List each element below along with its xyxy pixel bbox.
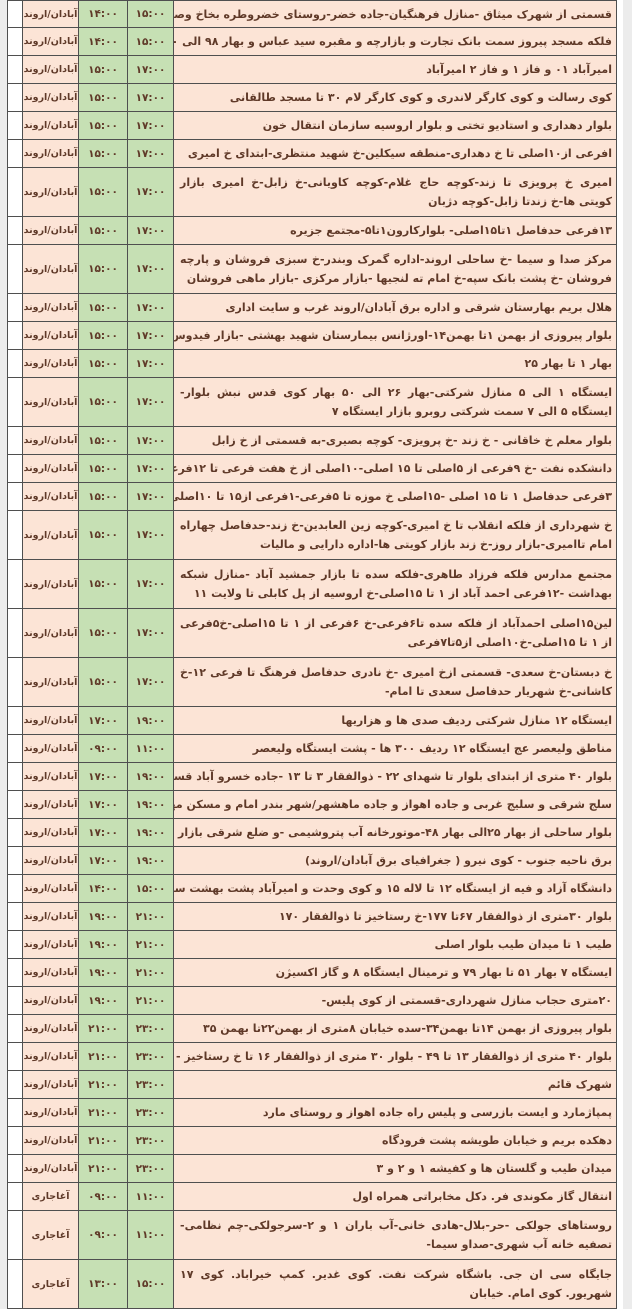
- left-spacer-cell: [7, 483, 22, 511]
- start-time-cell-text: ۱۷:۰۰: [88, 771, 118, 783]
- left-spacer-cell: [7, 0, 22, 28]
- end-time-cell-text: ۱۷:۰۰: [136, 463, 166, 475]
- start-time-cell: ۱۵:۰۰: [78, 140, 127, 168]
- outage-row: بلوار ۳۰متری از ذوالفقار ۶۷تا ۱۷۷-خ رستا…: [7, 903, 623, 931]
- address-cell-text: مجتمع مدارس فلکه فرزاد طاهری-فلکه سده تا…: [180, 565, 612, 603]
- start-time-cell: ۱۴:۰۰: [78, 875, 127, 903]
- address-cell-text: مرکز صدا و سیما -خ ساحلی اروند-اداره گمر…: [180, 250, 612, 288]
- region-cell: آبادان/اروند: [22, 931, 78, 959]
- outage-row: دهکده بریم و خیابان طویشه پشت فرودگاه۲۳:…: [7, 1127, 623, 1155]
- end-time-cell-text: ۲۳:۰۰: [136, 1051, 166, 1063]
- outage-row: کوی رسالت و کوی کارگر لاندری و کوی کارگر…: [7, 84, 623, 112]
- edge-spacer-cell: [617, 1071, 623, 1099]
- address-cell-text: خ دبستان-خ سعدی- قسمتی ازخ امیری -خ نادر…: [180, 663, 612, 701]
- outage-row: برق ناحیه جنوب - کوی نیرو ( جغرافیای برق…: [7, 847, 623, 875]
- end-time-cell-text: ۱۱:۰۰: [136, 743, 166, 755]
- edge-spacer-cell: [617, 987, 623, 1015]
- region-cell-text: آبادان/اروند: [24, 397, 78, 408]
- region-cell-text: آبادان/اروند: [24, 1051, 78, 1062]
- address-cell: بلوار ۴۰ متری از ذوالفقار ۱۳ تا ۴۹ - بلو…: [173, 1043, 617, 1071]
- end-time-cell: ۲۳:۰۰: [127, 1127, 173, 1155]
- end-time-cell: ۲۱:۰۰: [127, 931, 173, 959]
- address-cell-text: افرعی از۱۰اصلی تا خ دهداری-منطقه سیکلین-…: [180, 144, 612, 163]
- address-cell-text: بلوار ساحلی از بهار ۲۵الی بهار ۴۸-موتورخ…: [180, 823, 612, 842]
- end-time-cell: ۱۹:۰۰: [127, 707, 173, 735]
- region-cell-text: آبادان/اروند: [24, 1135, 78, 1146]
- left-spacer-cell: [7, 875, 22, 903]
- region-cell-text: آبادان/اروند: [24, 330, 78, 341]
- end-time-cell: ۱۵:۰۰: [127, 28, 173, 56]
- start-time-cell-text: ۲۱:۰۰: [88, 1163, 118, 1175]
- start-time-cell-text: ۱۵:۰۰: [88, 491, 118, 503]
- outage-row: دانشکده نفت -خ ۹فرعی از ۵اصلی تا ۱۵ اصلی…: [7, 455, 623, 483]
- region-cell-text: آبادان/اروند: [24, 264, 78, 275]
- start-time-cell: ۱۵:۰۰: [78, 56, 127, 84]
- region-cell: آغاجاری: [22, 1211, 78, 1260]
- address-cell: سلج شرقی و سلیج غربی و جاده اهواز و جاده…: [173, 791, 617, 819]
- end-time-cell-text: ۱۷:۰۰: [136, 676, 166, 688]
- address-cell-text: پمپاژمارد و ایست بازرسی و پلیس راه جاده …: [180, 1103, 612, 1122]
- left-spacer-cell: [7, 378, 22, 427]
- address-cell: ایستگاه ۷ بهار ۵۱ تا بهار ۷۹ و ترمینال ا…: [173, 959, 617, 987]
- start-time-cell-text: ۱۵:۰۰: [88, 186, 118, 198]
- end-time-cell: ۲۳:۰۰: [127, 1155, 173, 1183]
- start-time-cell: ۱۵:۰۰: [78, 483, 127, 511]
- end-time-cell-text: ۱۹:۰۰: [136, 715, 166, 727]
- address-cell-text: لین۱۵اصلی احمدآباد از فلکه سده تا۶فرعی-خ…: [180, 614, 612, 652]
- address-cell-text: شهرک قائم: [180, 1075, 612, 1094]
- end-time-cell-text: ۱۷:۰۰: [136, 64, 166, 76]
- end-time-cell-text: ۱۵:۰۰: [136, 36, 166, 48]
- edge-spacer-cell: [617, 483, 623, 511]
- edge-spacer-cell: [617, 1260, 623, 1280]
- left-spacer-cell: [7, 1260, 22, 1280]
- edge-spacer-cell: [617, 294, 623, 322]
- edge-spacer-cell: [617, 1211, 623, 1260]
- start-time-cell-text: ۱۵:۰۰: [88, 263, 118, 275]
- address-cell: امیرآباد ۰۱ و فاز ۱ و فاز ۲ امیرآباد: [173, 56, 617, 84]
- address-cell-text: برق ناحیه جنوب - کوی نیرو ( جغرافیای برق…: [180, 851, 612, 870]
- outage-row: شهرک قائم۲۳:۰۰۲۱:۰۰آبادان/اروند: [7, 1071, 623, 1099]
- end-time-cell: ۱۹:۰۰: [127, 819, 173, 847]
- end-time-cell-text: ۲۳:۰۰: [136, 1023, 166, 1035]
- edge-spacer-cell: [617, 609, 623, 658]
- address-cell: پمپاژمارد و ایست بازرسی و پلیس راه جاده …: [173, 1099, 617, 1127]
- region-cell: آبادان/اروند: [22, 322, 78, 350]
- start-time-cell-text: ۱۵:۰۰: [88, 302, 118, 314]
- start-time-cell: ۱۵:۰۰: [78, 560, 127, 609]
- end-time-cell-text: ۲۱:۰۰: [136, 995, 166, 1007]
- left-spacer-cell: [7, 791, 22, 819]
- end-time-cell-text: ۱۹:۰۰: [136, 799, 166, 811]
- end-time-cell-text: ۲۳:۰۰: [136, 1135, 166, 1147]
- end-time-cell: ۲۳:۰۰: [127, 1071, 173, 1099]
- start-time-cell-text: ۱۵:۰۰: [88, 148, 118, 160]
- region-cell-text: آبادان/اروند: [24, 883, 78, 894]
- address-cell-text: دانشکده نفت -خ ۹فرعی از ۵اصلی تا ۱۵ اصلی…: [180, 459, 612, 478]
- edge-spacer-cell: [617, 140, 623, 168]
- address-cell: قسمتی از شهرک میثاق -منازل فرهنگیان-جاده…: [173, 0, 617, 28]
- start-time-cell-text: ۱۷:۰۰: [88, 799, 118, 811]
- address-cell-text: ۱۳فرعی حدفاصل ۱تا۱۵اصلی- بلوارکارون۱تا۵-…: [180, 221, 612, 240]
- region-cell: آبادان/اروند: [22, 1099, 78, 1127]
- edge-spacer-cell: [617, 903, 623, 931]
- address-cell-text: امیرآباد ۰۱ و فاز ۱ و فاز ۲ امیرآباد: [180, 60, 612, 79]
- start-time-cell: ۰۹:۰۰: [78, 1211, 127, 1260]
- address-cell: خ دبستان-خ سعدی- قسمتی ازخ امیری -خ نادر…: [173, 658, 617, 707]
- edge-spacer-cell: [617, 427, 623, 455]
- edge-spacer-cell: [617, 735, 623, 763]
- left-spacer-cell: [7, 1155, 22, 1183]
- edge-spacer-cell: [617, 707, 623, 735]
- edge-spacer-cell: [617, 1099, 623, 1127]
- start-time-cell-text: ۱۵:۰۰: [88, 396, 118, 408]
- region-cell-text: آبادان/اروند: [24, 677, 78, 688]
- edge-spacer-cell: [617, 959, 623, 987]
- address-cell: شهرک قائم: [173, 1071, 617, 1099]
- left-spacer-cell: [7, 1183, 22, 1211]
- start-time-cell-text: ۲۱:۰۰: [88, 1079, 118, 1091]
- region-cell: آبادان/اروند: [22, 875, 78, 903]
- address-cell: بهار ۱ تا بهار ۲۵: [173, 350, 617, 378]
- address-cell-text: بلوار دهداری و استادیو تختی و بلوار اروس…: [180, 116, 612, 135]
- edge-spacer-cell: [617, 245, 623, 294]
- edge-spacer-cell: [617, 847, 623, 875]
- start-time-cell-text: ۱۵:۰۰: [88, 435, 118, 447]
- end-time-cell: ۱۷:۰۰: [127, 350, 173, 378]
- end-time-cell: ۱۷:۰۰: [127, 217, 173, 245]
- end-time-cell: ۲۱:۰۰: [127, 903, 173, 931]
- region-cell: آبادان/اروند: [22, 0, 78, 28]
- end-time-cell: ۲۱:۰۰: [127, 959, 173, 987]
- address-cell: هلال بریم بهارستان شرقی و اداره برق آباد…: [173, 294, 617, 322]
- region-cell-text: آبادان/اروند: [24, 120, 78, 131]
- start-time-cell-text: ۱۵:۰۰: [88, 676, 118, 688]
- left-spacer-cell: [7, 658, 22, 707]
- left-spacer-cell: [7, 1127, 22, 1155]
- address-cell-text: هلال بریم بهارستان شرقی و اداره برق آباد…: [180, 298, 612, 317]
- start-time-cell: ۱۵:۰۰: [78, 294, 127, 322]
- outage-row: روستاهای جولکی -حر-بلال-هادی خانی-آب بار…: [7, 1211, 623, 1260]
- address-cell: انتقال گاز مکوندی فر. دکل مخابراتی همراه…: [173, 1183, 617, 1211]
- end-time-cell: ۲۳:۰۰: [127, 1043, 173, 1071]
- address-cell-text: ۲۰متری حجاب منازل شهرداری-قسمتی از کوی پ…: [180, 991, 612, 1010]
- start-time-cell-text: ۱۵:۰۰: [88, 627, 118, 639]
- start-time-cell-text: ۱۵:۰۰: [88, 529, 118, 541]
- outage-row: بلوار دهداری و استادیو تختی و بلوار اروس…: [7, 112, 623, 140]
- left-spacer-cell: [7, 735, 22, 763]
- end-time-cell-text: ۱۷:۰۰: [136, 120, 166, 132]
- start-time-cell: ۲۱:۰۰: [78, 1127, 127, 1155]
- region-cell: آبادان/اروند: [22, 455, 78, 483]
- address-cell-text: دهکده بریم و خیابان طویشه پشت فرودگاه: [180, 1131, 612, 1150]
- start-time-cell: ۱۵:۰۰: [78, 350, 127, 378]
- address-cell: بلوار معلم خ خاقانی - خ زند -خ پرویزی- ک…: [173, 427, 617, 455]
- end-time-cell-text: ۱۱:۰۰: [136, 1229, 166, 1241]
- address-cell: افرعی از۱۰اصلی تا خ دهداری-منطقه سیکلین-…: [173, 140, 617, 168]
- outage-row: افرعی از۱۰اصلی تا خ دهداری-منطقه سیکلین-…: [7, 140, 623, 168]
- left-spacer-cell: [7, 168, 22, 217]
- outage-row: ۳فرعی حدفاصل ۱ تا ۱۵ اصلی -۱۵اصلی خ موزه…: [7, 483, 623, 511]
- edge-spacer-cell: [617, 1155, 623, 1183]
- end-time-cell: ۲۱:۰۰: [127, 987, 173, 1015]
- edge-spacer-cell: [617, 1015, 623, 1043]
- region-cell-text: آبادان/اروند: [24, 995, 78, 1006]
- end-time-cell-text: ۱۷:۰۰: [136, 263, 166, 275]
- address-cell-text: بلوار ۴۰ متری از ابتدای بلوار تا شهدای ۲…: [180, 767, 612, 786]
- start-time-cell-text: ۱۷:۰۰: [88, 827, 118, 839]
- region-cell: آبادان/اروند: [22, 1155, 78, 1183]
- end-time-cell-text: ۲۳:۰۰: [136, 1107, 166, 1119]
- start-time-cell-text: ۱۹:۰۰: [88, 967, 118, 979]
- region-cell-text: آبادان/اروند: [24, 92, 78, 103]
- edge-spacer-cell: [617, 84, 623, 112]
- address-cell: میدان طیب و گلستان ها و کفیشه ۱ و ۲ و ۳: [173, 1155, 617, 1183]
- region-cell: آبادان/اروند: [22, 245, 78, 294]
- address-cell-text: بلوار پیروزی از بهمن ۱۴تا بهمن۳۴-سده خیا…: [180, 1019, 612, 1038]
- address-cell-text: ایستگاه ۷ بهار ۵۱ تا بهار ۷۹ و ترمینال ا…: [180, 963, 612, 982]
- end-time-cell-text: ۱۷:۰۰: [136, 491, 166, 503]
- region-cell: آبادان/اروند: [22, 28, 78, 56]
- start-time-cell: ۱۳:۰۰: [78, 1260, 127, 1280]
- region-cell: آبادان/اروند: [22, 217, 78, 245]
- end-time-cell-text: ۱۹:۰۰: [136, 827, 166, 839]
- end-time-cell: ۱۷:۰۰: [127, 56, 173, 84]
- region-cell-text: آبادان/اروند: [24, 799, 78, 810]
- start-time-cell: ۱۵:۰۰: [78, 168, 127, 217]
- address-cell: مناطق ولیعصر عج ایستگاه ۱۲ ردیف ۳۰۰ ها -…: [173, 735, 617, 763]
- start-time-cell: ۲۱:۰۰: [78, 1155, 127, 1183]
- outage-row: قسمتی از شهرک میثاق -منازل فرهنگیان-جاده…: [7, 0, 623, 28]
- start-time-cell: ۱۴:۰۰: [78, 28, 127, 56]
- address-cell: کوی رسالت و کوی کارگر لاندری و کوی کارگر…: [173, 84, 617, 112]
- left-spacer-cell: [7, 609, 22, 658]
- edge-spacer-cell: [617, 112, 623, 140]
- address-cell: بلوار پیروزی از بهمن ۱۴تا بهمن۳۴-سده خیا…: [173, 1015, 617, 1043]
- start-time-cell-text: ۱۴:۰۰: [88, 36, 118, 48]
- outage-row: مجتمع مدارس فلکه فرزاد طاهری-فلکه سده تا…: [7, 560, 623, 609]
- start-time-cell: ۱۹:۰۰: [78, 931, 127, 959]
- address-cell-text: ۳فرعی حدفاصل ۱ تا ۱۵ اصلی -۱۵اصلی خ موزه…: [180, 487, 612, 506]
- outage-row: بهار ۱ تا بهار ۲۵۱۷:۰۰۱۵:۰۰آبادان/اروند: [7, 350, 623, 378]
- region-cell-text: آبادان/اروند: [24, 148, 78, 159]
- edge-spacer-cell: [617, 378, 623, 427]
- region-cell: آبادان/اروند: [22, 658, 78, 707]
- start-time-cell: ۱۵:۰۰: [78, 378, 127, 427]
- end-time-cell: ۱۷:۰۰: [127, 245, 173, 294]
- end-time-cell-text: ۱۷:۰۰: [136, 225, 166, 237]
- address-cell-text: کوی رسالت و کوی کارگر لاندری و کوی کارگر…: [180, 88, 612, 107]
- end-time-cell: ۱۱:۰۰: [127, 1211, 173, 1260]
- end-time-cell: ۱۵:۰۰: [127, 1260, 173, 1280]
- outage-row: ایستگاه ۷ بهار ۵۱ تا بهار ۷۹ و ترمینال ا…: [7, 959, 623, 987]
- outage-row: بلوار پیروزی از بهمن ۱۴تا بهمن۳۴-سده خیا…: [7, 1015, 623, 1043]
- outage-row: بلوار ساحلی از بهار ۲۵الی بهار ۴۸-موتورخ…: [7, 819, 623, 847]
- edge-spacer-cell: [617, 1043, 623, 1071]
- address-cell: روستاهای جولکی -حر-بلال-هادی خانی-آب بار…: [173, 1211, 617, 1260]
- left-spacer-cell: [7, 903, 22, 931]
- end-time-cell-text: ۱۵:۰۰: [136, 883, 166, 895]
- region-cell-text: آبادان/اروند: [24, 1107, 78, 1118]
- edge-spacer-cell: [617, 322, 623, 350]
- region-cell-text: آبادان/اروند: [24, 1079, 78, 1090]
- region-cell: آبادان/اروند: [22, 735, 78, 763]
- end-time-cell: ۲۳:۰۰: [127, 1099, 173, 1127]
- start-time-cell-text: ۱۴:۰۰: [88, 8, 118, 20]
- end-time-cell-text: ۱۱:۰۰: [136, 1191, 166, 1203]
- end-time-cell-text: ۲۳:۰۰: [136, 1079, 166, 1091]
- start-time-cell: ۱۷:۰۰: [78, 847, 127, 875]
- region-cell-text: آبادان/اروند: [24, 579, 78, 590]
- end-time-cell: ۱۵:۰۰: [127, 0, 173, 28]
- address-cell: مجتمع مدارس فلکه فرزاد طاهری-فلکه سده تا…: [173, 560, 617, 609]
- start-time-cell-text: ۱۹:۰۰: [88, 911, 118, 923]
- region-cell-text: آبادان/اروند: [24, 187, 78, 198]
- region-cell-text: آبادان/اروند: [24, 1163, 78, 1174]
- outage-row: ۱۳فرعی حدفاصل ۱تا۱۵اصلی- بلوارکارون۱تا۵-…: [7, 217, 623, 245]
- start-time-cell: ۱۵:۰۰: [78, 455, 127, 483]
- start-time-cell-text: ۱۹:۰۰: [88, 939, 118, 951]
- left-spacer-cell: [7, 707, 22, 735]
- address-cell-text: ایستگاه ۱۲ منازل شرکتی ردیف صدی ها و هزا…: [180, 711, 612, 730]
- address-cell: بلوار ساحلی از بهار ۲۵الی بهار ۴۸-موتورخ…: [173, 819, 617, 847]
- address-cell-text: بهار ۱ تا بهار ۲۵: [180, 354, 612, 373]
- edge-spacer-cell: [617, 819, 623, 847]
- start-time-cell-text: ۱۴:۰۰: [88, 883, 118, 895]
- region-cell-text: آبادان/اروند: [24, 911, 78, 922]
- address-cell-text: بلوار ۴۰ متری از ذوالفقار ۱۳ تا ۴۹ - بلو…: [180, 1047, 612, 1066]
- outage-row: خ دبستان-خ سعدی- قسمتی ازخ امیری -خ نادر…: [7, 658, 623, 707]
- left-spacer-cell: [7, 455, 22, 483]
- address-cell: دانشکده نفت -خ ۹فرعی از ۵اصلی تا ۱۵ اصلی…: [173, 455, 617, 483]
- edge-spacer-cell: [617, 1127, 623, 1155]
- left-spacer-cell: [7, 1071, 22, 1099]
- end-time-cell-text: ۱۷:۰۰: [136, 92, 166, 104]
- end-time-cell: ۲۳:۰۰: [127, 1015, 173, 1043]
- end-time-cell-text: ۱۹:۰۰: [136, 771, 166, 783]
- left-spacer-cell: [7, 28, 22, 56]
- address-cell: خ شهرداری از فلکه انقلاب تا خ امیری-کوچه…: [173, 511, 617, 560]
- end-time-cell-text: ۱۷:۰۰: [136, 186, 166, 198]
- start-time-cell: ۱۵:۰۰: [78, 427, 127, 455]
- end-time-cell-text: ۱۷:۰۰: [136, 578, 166, 590]
- outage-row: ۲۰متری حجاب منازل شهرداری-قسمتی از کوی پ…: [7, 987, 623, 1015]
- region-cell-text: آبادان/اروند: [24, 628, 78, 639]
- outage-row: ایستگاه ۱۲ منازل شرکتی ردیف صدی ها و هزا…: [7, 707, 623, 735]
- address-cell-text: ایستگاه ۱ الی ۵ منازل شرکتی-بهار ۲۶ الی …: [180, 383, 612, 421]
- start-time-cell-text: ۱۵:۰۰: [88, 120, 118, 132]
- address-cell-text: بلوار پیروزی از بهمن ۱تا بهمن۱۴-اورژانس …: [180, 326, 612, 345]
- start-time-cell: ۱۵:۰۰: [78, 658, 127, 707]
- left-spacer-cell: [7, 217, 22, 245]
- region-cell: آبادان/اروند: [22, 511, 78, 560]
- address-cell-text: روستاهای جولکی -حر-بلال-هادی خانی-آب بار…: [180, 1216, 612, 1254]
- region-cell: آبادان/اروند: [22, 427, 78, 455]
- region-cell-text: آبادان/اروند: [24, 491, 78, 502]
- start-time-cell-text: ۲۱:۰۰: [88, 1107, 118, 1119]
- outage-row: طیب ۱ تا میدان طیب بلوار اصلی۲۱:۰۰۱۹:۰۰آ…: [7, 931, 623, 959]
- edge-spacer-cell: [617, 28, 623, 56]
- region-cell-text: آغاجاری: [32, 1230, 70, 1241]
- outage-row: دانشگاه آزاد و فیه از ایستگاه ۱۲ تا لاله…: [7, 875, 623, 903]
- outage-row: امیری خ پرویزی تا زند-کوچه حاج غلام-کوچه…: [7, 168, 623, 217]
- end-time-cell: ۱۵:۰۰: [127, 875, 173, 903]
- region-cell: آبادان/اروند: [22, 294, 78, 322]
- end-time-cell-text: ۱۹:۰۰: [136, 855, 166, 867]
- left-spacer-cell: [7, 245, 22, 294]
- start-time-cell: ۱۹:۰۰: [78, 987, 127, 1015]
- edge-spacer-cell: [617, 455, 623, 483]
- left-spacer-cell: [7, 819, 22, 847]
- end-time-cell: ۱۷:۰۰: [127, 427, 173, 455]
- end-time-cell-text: ۱۷:۰۰: [136, 148, 166, 160]
- address-cell: ۲۰متری حجاب منازل شهرداری-قسمتی از کوی پ…: [173, 987, 617, 1015]
- region-cell-text: آبادان/اروند: [24, 64, 78, 75]
- region-cell: آبادان/اروند: [22, 707, 78, 735]
- address-cell-text: انتقال گاز مکوندی فر. دکل مخابراتی همراه…: [180, 1187, 612, 1206]
- edge-spacer-cell: [617, 217, 623, 245]
- start-time-cell: ۱۵:۰۰: [78, 322, 127, 350]
- region-cell: آبادان/اروند: [22, 483, 78, 511]
- region-cell: آبادان/اروند: [22, 1043, 78, 1071]
- start-time-cell: ۱۵:۰۰: [78, 217, 127, 245]
- region-cell-text: آبادان/اروند: [24, 9, 78, 20]
- address-cell-text: میدان طیب و گلستان ها و کفیشه ۱ و ۲ و ۳: [180, 1159, 612, 1178]
- start-time-cell: ۰۹:۰۰: [78, 1183, 127, 1211]
- region-cell: آبادان/اروند: [22, 819, 78, 847]
- address-cell: مرکز صدا و سیما -خ ساحلی اروند-اداره گمر…: [173, 245, 617, 294]
- region-cell-text: آغاجاری: [32, 1191, 70, 1202]
- start-time-cell-text: ۱۹:۰۰: [88, 995, 118, 1007]
- left-spacer-cell: [7, 322, 22, 350]
- address-cell-text: امیری خ پرویزی تا زند-کوچه حاج غلام-کوچه…: [180, 173, 612, 211]
- region-cell: آبادان/اروند: [22, 1015, 78, 1043]
- outage-row: بلوار معلم خ خاقانی - خ زند -خ پرویزی- ک…: [7, 427, 623, 455]
- address-cell-text: قسمتی از شهرک میثاق -منازل فرهنگیان-جاده…: [180, 5, 612, 24]
- region-cell: آبادان/اروند: [22, 609, 78, 658]
- region-cell-text: آبادان/اروند: [24, 967, 78, 978]
- start-time-cell: ۱۵:۰۰: [78, 245, 127, 294]
- address-cell-text: سلج شرقی و سلیج غربی و جاده اهواز و جاده…: [180, 795, 612, 814]
- end-time-cell-text: ۱۷:۰۰: [136, 396, 166, 408]
- region-cell-text: آبادان/اروند: [24, 855, 78, 866]
- left-spacer-cell: [7, 294, 22, 322]
- edge-spacer-cell: [617, 791, 623, 819]
- outage-row: مناطق ولیعصر عج ایستگاه ۱۲ ردیف ۳۰۰ ها -…: [7, 735, 623, 763]
- start-time-cell-text: ۲۱:۰۰: [88, 1023, 118, 1035]
- end-time-cell: ۱۷:۰۰: [127, 112, 173, 140]
- end-time-cell: ۱۹:۰۰: [127, 763, 173, 791]
- start-time-cell: ۲۱:۰۰: [78, 1043, 127, 1071]
- region-cell: آبادان/اروند: [22, 847, 78, 875]
- end-time-cell: ۱۷:۰۰: [127, 560, 173, 609]
- end-time-cell: ۱۷:۰۰: [127, 483, 173, 511]
- region-cell: آبادان/اروند: [22, 350, 78, 378]
- outage-row: سلج شرقی و سلیج غربی و جاده اهواز و جاده…: [7, 791, 623, 819]
- left-spacer-cell: [7, 560, 22, 609]
- region-cell: آبادان/اروند: [22, 987, 78, 1015]
- end-time-cell-text: ۲۱:۰۰: [136, 911, 166, 923]
- end-time-cell-text: ۱۷:۰۰: [136, 435, 166, 447]
- address-cell-text: طیب ۱ تا میدان طیب بلوار اصلی: [180, 935, 612, 954]
- outage-row: انتقال گاز مکوندی فر. دکل مخابراتی همراه…: [7, 1183, 623, 1211]
- outage-row: لین۱۵اصلی احمدآباد از فلکه سده تا۶فرعی-خ…: [7, 609, 623, 658]
- start-time-cell-text: ۱۵:۰۰: [88, 64, 118, 76]
- region-cell-text: آبادان/اروند: [24, 771, 78, 782]
- left-spacer-cell: [7, 931, 22, 959]
- start-time-cell: ۲۱:۰۰: [78, 1099, 127, 1127]
- end-time-cell-text: ۱۷:۰۰: [136, 358, 166, 370]
